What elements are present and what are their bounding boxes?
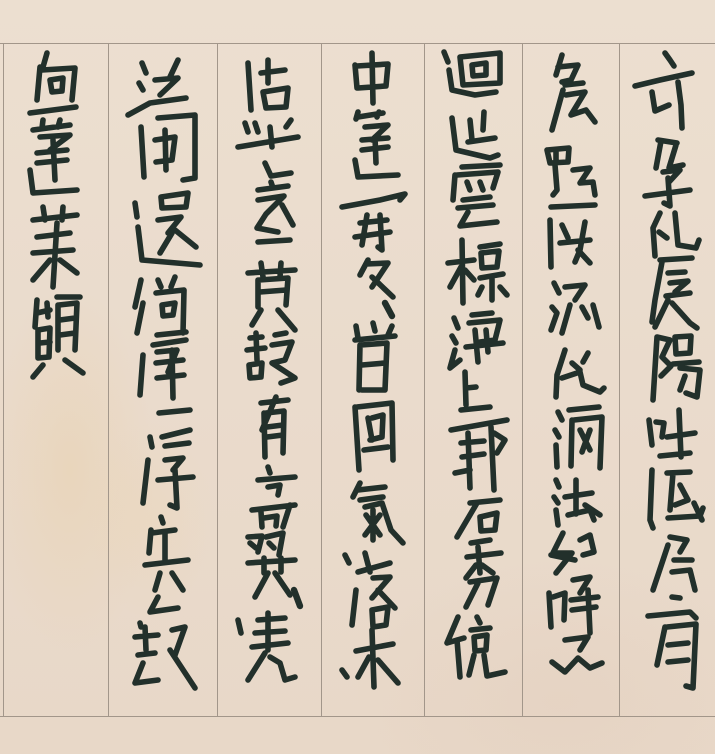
calligraphy-column-5: 浩 堂 家 黃 鵠 有 高 翼 、 遠 <box>217 0 321 754</box>
calligraphy-char: 鵠 <box>217 333 321 387</box>
calligraphy-char: 中 <box>321 53 424 103</box>
calligraphy-char: 有 <box>217 397 321 458</box>
calligraphy-char: 迴 <box>424 50 522 100</box>
calligraphy-char: 浩 <box>217 58 321 112</box>
calligraphy-char: 流 <box>522 280 619 333</box>
calligraphy-char: 上 <box>424 372 522 412</box>
calligraphy-column-2: 象 羅 洪 流 光 滿 法 如 峰 心 <box>522 0 619 754</box>
calligraphy-char: 泛 <box>108 58 217 116</box>
calligraphy-char: 、 <box>321 303 424 317</box>
calligraphy-char: 鏡 <box>424 615 522 678</box>
calligraphy-char: 遠 <box>217 613 321 683</box>
calligraphy-char: 向 <box>3 52 108 115</box>
calligraphy-column-1: 玄 學 化 晨 陽 吐 涵 虛 霄 <box>620 0 715 754</box>
calligraphy-char: 海 <box>424 313 522 368</box>
calligraphy-column-6: 泛 閣 還 徜 徉 浮 丘 公 鼓 <box>108 0 217 754</box>
calligraphy-char: 浮 <box>108 430 217 510</box>
calligraphy-scroll: 玄 學 化 晨 陽 吐 涵 虛 霄 象 羅 洪 流 光 滿 法 如 峰 心 迴 … <box>0 0 715 754</box>
calligraphy-char: 雲 <box>424 163 522 230</box>
calligraphy-char: 蓬 <box>3 118 108 195</box>
calligraphy-char: 萊 <box>321 193 424 253</box>
calligraphy-char: 出 <box>424 110 522 160</box>
calligraphy-char: 鼓 <box>108 622 217 690</box>
calligraphy-column-7: 向 蓬 萊 巔 <box>3 0 108 754</box>
calligraphy-char: 蓬 <box>321 110 424 180</box>
calligraphy-char: 如 <box>522 532 619 575</box>
calligraphy-char: 丘 <box>108 515 217 568</box>
calligraphy-char: 閣 <box>108 116 217 182</box>
calligraphy-char: 落 <box>321 553 424 628</box>
calligraphy-char: 霄 <box>620 595 715 690</box>
calligraphy-char: 化 <box>620 213 715 257</box>
calligraphy-char: 肅 <box>321 403 424 472</box>
calligraphy-char: 象 <box>522 53 619 133</box>
calligraphy-char: 邦 <box>424 420 522 492</box>
calligraphy-char: 石 <box>424 498 522 538</box>
calligraphy-char: 氣 <box>321 482 424 545</box>
calligraphy-column-3: 迴 出 雲 標 海 上 邦 石 秀 鏡 <box>424 0 522 754</box>
calligraphy-char: 涵 <box>620 463 715 530</box>
calligraphy-char: 堂 <box>217 118 321 180</box>
calligraphy-char: 峰 <box>522 577 619 633</box>
calligraphy-char: 虛 <box>620 535 715 592</box>
calligraphy-char: 晨 <box>620 258 715 330</box>
calligraphy-char: 萊 <box>3 205 108 288</box>
calligraphy-column-4: 中 蓬 萊 久 、 當 肅 氣 落 木 <box>321 0 424 754</box>
calligraphy-char: 家 <box>217 182 321 245</box>
calligraphy-char: 法 <box>522 477 619 527</box>
calligraphy-char: 徜 <box>108 277 217 337</box>
calligraphy-char: 標 <box>424 240 522 303</box>
calligraphy-char: 巔 <box>3 296 108 378</box>
calligraphy-char: 陽 <box>620 333 715 400</box>
calligraphy-char: 光 <box>522 347 619 400</box>
calligraphy-char: 洪 <box>522 218 619 267</box>
calligraphy-char: 木 <box>321 630 424 688</box>
calligraphy-char: 秀 <box>424 540 522 608</box>
calligraphy-char: 羅 <box>522 145 619 208</box>
calligraphy-char: 吐 <box>620 410 715 457</box>
calligraphy-char: 徉 <box>108 340 217 420</box>
calligraphy-char: 玄 <box>620 50 715 130</box>
calligraphy-char: 黃 <box>217 262 321 332</box>
calligraphy-char: 公 <box>108 572 217 615</box>
calligraphy-char: 、 <box>217 590 321 608</box>
calligraphy-char: 學 <box>620 137 715 207</box>
calligraphy-char: 當 <box>321 323 424 392</box>
calligraphy-char: 滿 <box>522 407 619 470</box>
calligraphy-char: 心 <box>522 636 619 673</box>
calligraphy-char: 還 <box>108 192 217 268</box>
calligraphy-char: 高 <box>217 465 321 528</box>
calligraphy-char: 久 <box>321 260 424 298</box>
